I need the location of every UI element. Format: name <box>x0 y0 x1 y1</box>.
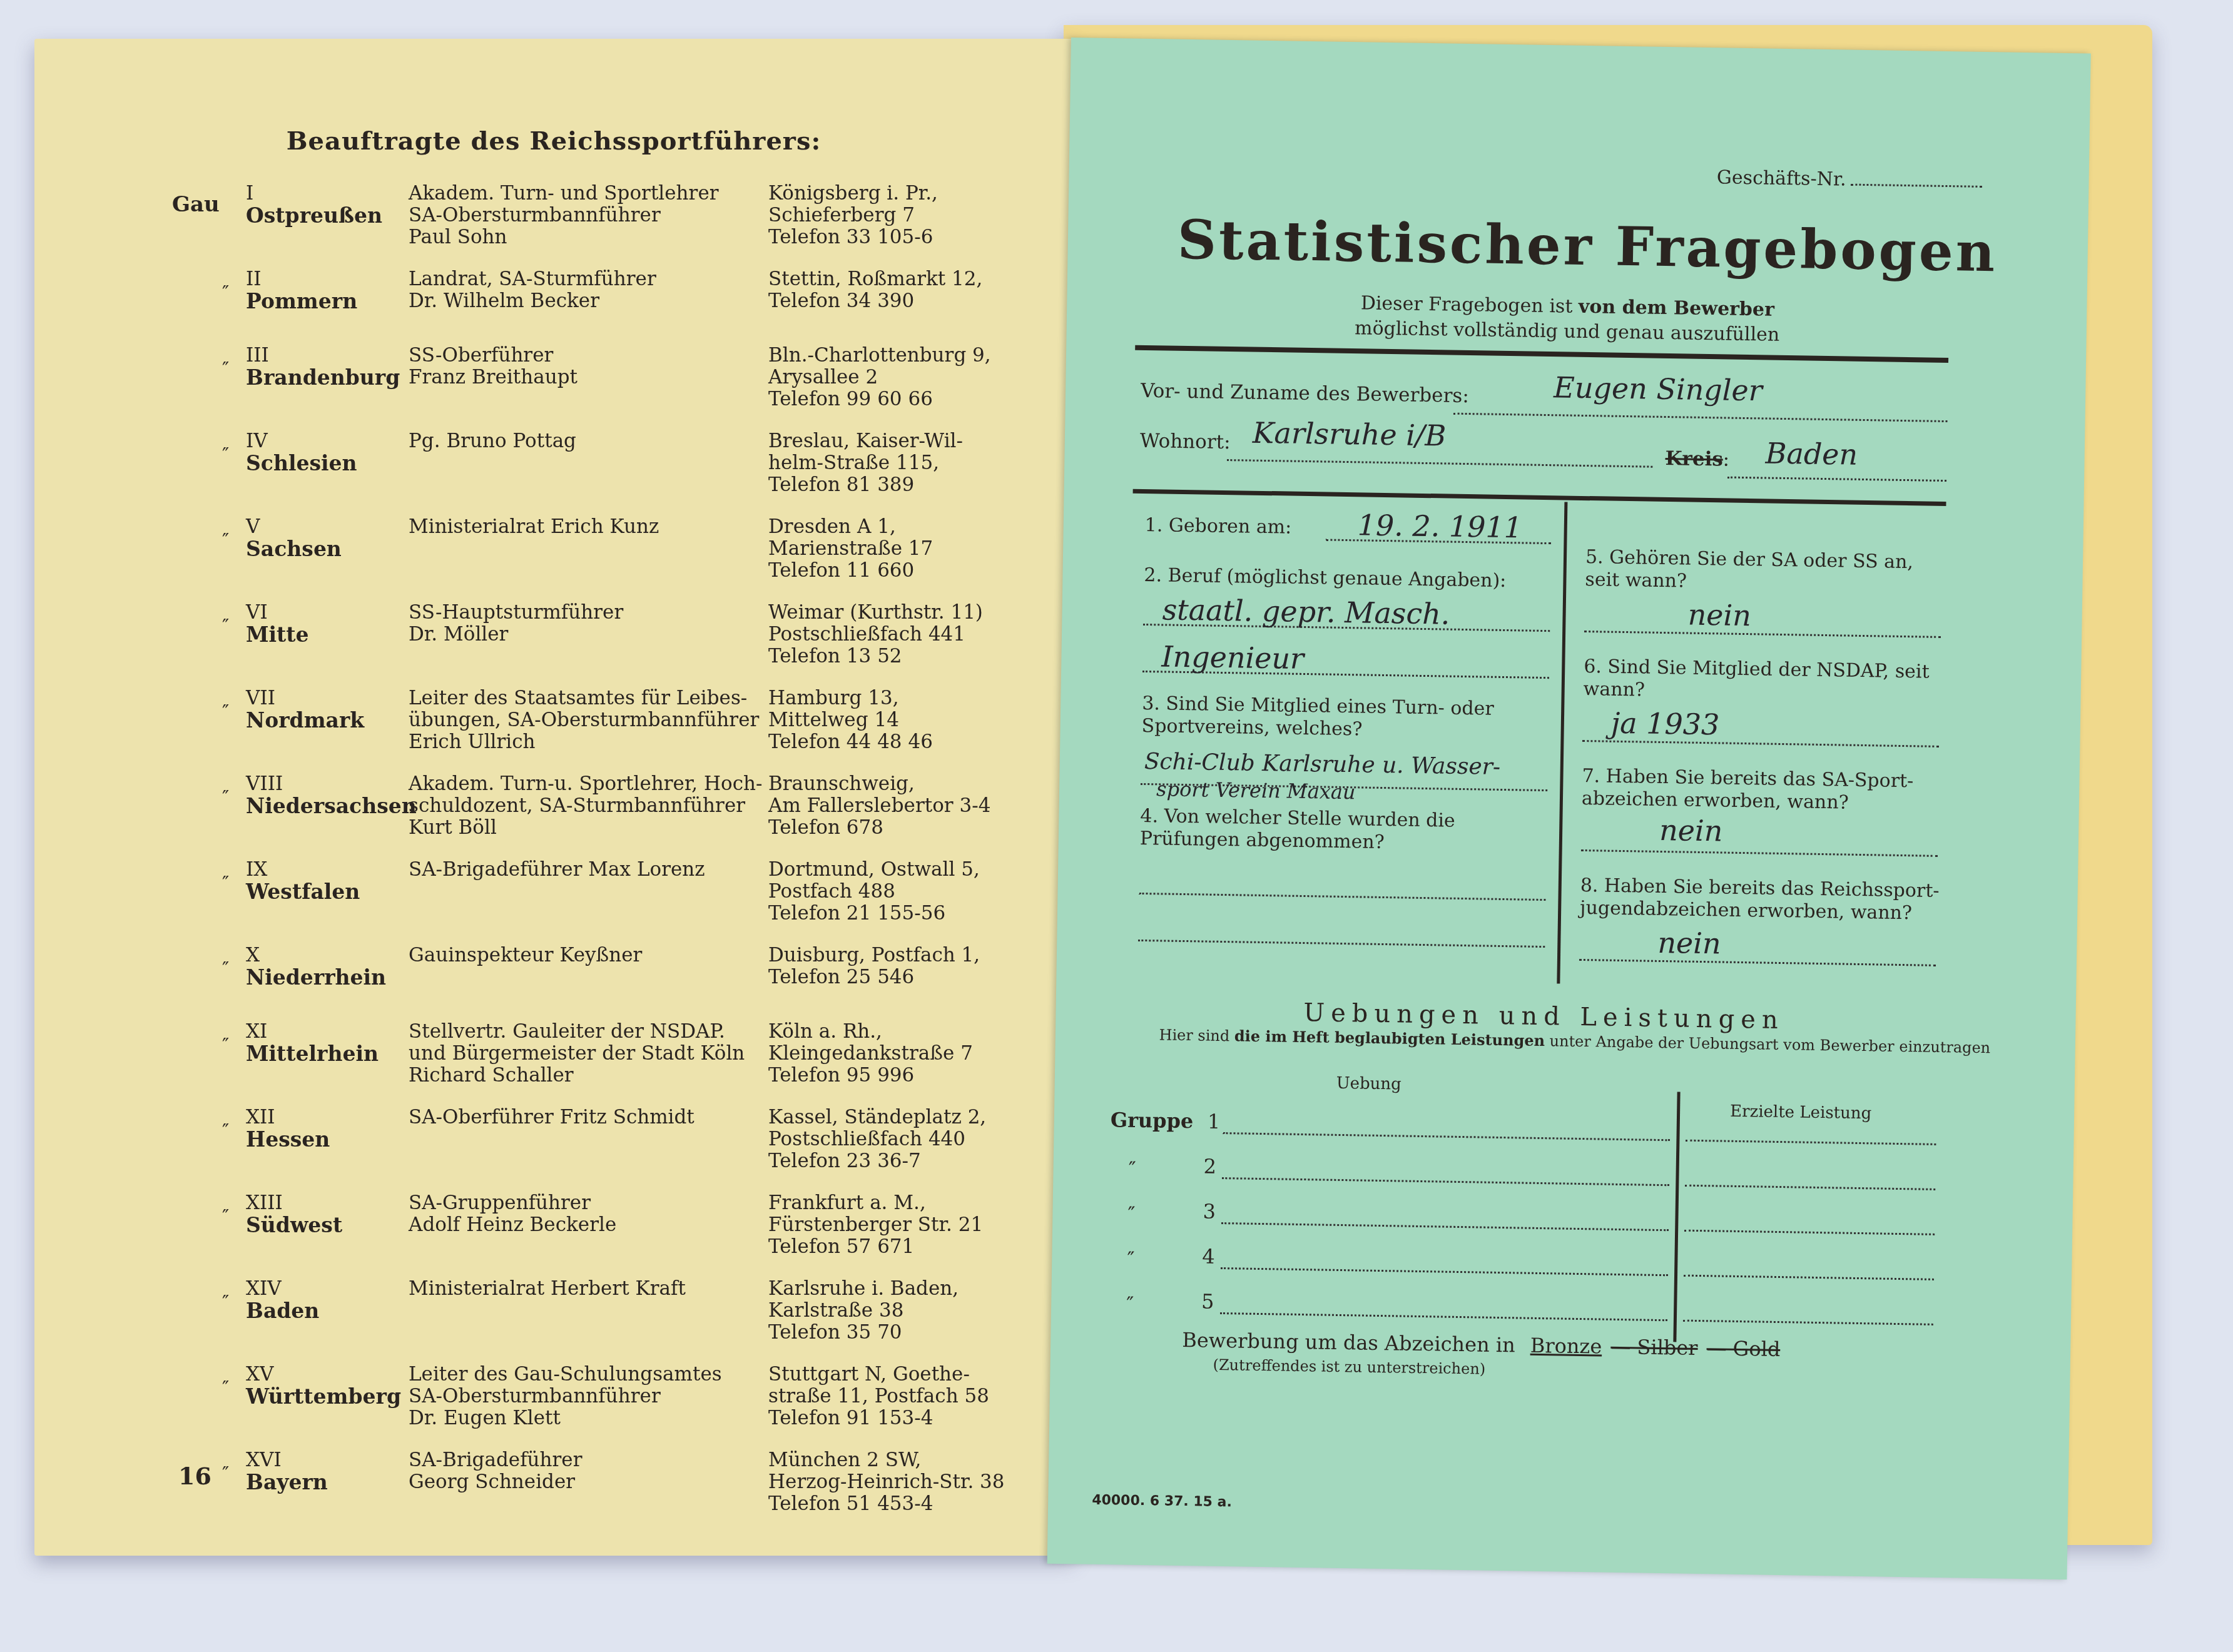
person-line: Ministerialrat Herbert Kraft <box>409 1278 768 1300</box>
gau-number: XV <box>246 1364 409 1386</box>
page-title: Beauftragte des Reichssportführers: <box>34 126 1073 156</box>
column-header-leistung: Erzielte Leistung <box>1730 1102 1872 1123</box>
list-item: ″VIMitteSS-HauptsturmführerDr. MöllerWei… <box>222 602 1098 667</box>
question-5-input[interactable] <box>1584 631 1941 638</box>
person-line: SA-Brigadeführer <box>409 1449 768 1471</box>
ditto-mark: ″ <box>1127 1202 1136 1226</box>
badge-option-1[interactable]: — Silber <box>1610 1335 1698 1360</box>
person-cell: SS-HauptsturmführerDr. Möller <box>409 602 768 667</box>
leistung-input[interactable] <box>1685 1185 1935 1190</box>
column-header-uebung: Uebung <box>1336 1074 1402 1094</box>
gau-number: XVI <box>246 1449 409 1471</box>
gau-cell: XIIISüdwest <box>246 1192 409 1258</box>
person-line: Stellvertr. Gauleiter der NSDAP. <box>409 1021 768 1043</box>
badge-note: (Zutreffendes ist zu unterstreichen) <box>1213 1356 1485 1378</box>
question-1-answer: 19. 2. 1911 <box>1357 508 1522 544</box>
list-item: ″XIIHessenSA-Oberführer Fritz SchmidtKas… <box>222 1107 1098 1172</box>
gruppe-number: 5 <box>1201 1290 1214 1314</box>
note-text: Hier sind <box>1159 1026 1234 1045</box>
gau-cell: VSachsen <box>246 516 409 582</box>
question-2-answer-2: Ingenieur <box>1161 639 1304 676</box>
uebung-input[interactable] <box>1220 1312 1667 1321</box>
address-line: Telefon 51 453-4 <box>768 1493 1019 1515</box>
gau-region: Niederrhein <box>246 966 409 988</box>
address-line: Telefon 34 390 <box>768 290 1019 312</box>
commissioner-list: ″IOstpreußenAkadem. Turn- und Sportlehre… <box>222 183 1098 1535</box>
gruppe-number: 1 <box>1208 1110 1221 1133</box>
address-line: Bln.-Charlottenburg 9, <box>768 345 1019 367</box>
divider <box>1133 489 1946 506</box>
gau-region: Brandenburg <box>246 367 409 388</box>
gau-number: XII <box>246 1107 409 1128</box>
person-line: Dr. Möller <box>409 624 768 646</box>
address-line: Karlsruhe i. Baden, <box>768 1278 1019 1300</box>
ditto-mark: ″ <box>222 773 246 839</box>
person-cell: Ministerialrat Erich Kunz <box>409 516 768 582</box>
person-cell: Gauinspekteur Keyßner <box>409 945 768 1001</box>
gau-region: Württemberg <box>246 1386 409 1407</box>
person-line: Dr. Eugen Klett <box>409 1407 768 1429</box>
kreis-input[interactable] <box>1727 477 1946 482</box>
gau-cell: XVWürttemberg <box>246 1364 409 1429</box>
question-5-answer: nein <box>1687 598 1751 633</box>
address-line: Telefon 95 996 <box>768 1065 1019 1087</box>
person-line: Paul Sohn <box>409 226 768 248</box>
person-cell: SA-Brigadeführer Max Lorenz <box>409 859 768 925</box>
person-line: Leiter des Staatsamtes für Leibes- <box>409 687 768 709</box>
address-line: Kleingedankstraße 7 <box>768 1043 1019 1065</box>
address-line: Postschließfach 441 <box>768 624 1019 646</box>
address-cell: Königsberg i. Pr.,Schieferberg 7Telefon … <box>768 183 1019 248</box>
person-cell: SS-OberführerFranz Breithaupt <box>409 345 768 410</box>
address-line: Dresden A 1, <box>768 516 1019 538</box>
address-line: Herzog-Heinrich-Str. 38 <box>768 1471 1019 1493</box>
person-line: SS-Oberführer <box>409 345 768 367</box>
person-line: Pg. Bruno Pottag <box>409 430 768 452</box>
question-6-answer: ja 1933 <box>1610 706 1719 742</box>
ditto-mark: ″ <box>222 345 246 410</box>
person-line: Franz Breithaupt <box>409 367 768 388</box>
question-5-label: 5. Gehören Sie der SA oder SS an, seit w… <box>1585 546 1948 597</box>
subtitle-line2: möglichst vollständig und genau auszufül… <box>1355 317 1780 346</box>
gau-number: VI <box>246 602 409 624</box>
ditto-mark: ″ <box>222 1192 246 1258</box>
address-line: Telefon 57 671 <box>768 1236 1019 1258</box>
address-cell: Karlsruhe i. Baden,Karlstraße 38Telefon … <box>768 1278 1019 1344</box>
person-line: Gauinspekteur Keyßner <box>409 945 768 966</box>
leistung-input[interactable] <box>1684 1275 1934 1280</box>
wohnort-label: Wohnort: <box>1140 430 1231 454</box>
gruppe-number: 3 <box>1203 1200 1216 1224</box>
list-item: ″XIIISüdwestSA-GruppenführerAdolf Heinz … <box>222 1192 1098 1258</box>
address-line: Königsberg i. Pr., <box>768 183 1019 205</box>
address-line: Telefon 33 105-6 <box>768 226 1019 248</box>
person-line: übungen, SA-Obersturmbannführer <box>409 709 768 731</box>
gau-number: I <box>246 183 409 205</box>
form-title: Statistischer Fragebogen <box>1177 208 1998 285</box>
question-8-input[interactable] <box>1579 959 1936 966</box>
subtitle-bold: von dem Bewerber <box>1579 296 1774 321</box>
address-line: Telefon 678 <box>768 817 1019 839</box>
person-line: SA-Gruppenführer <box>409 1192 768 1214</box>
ditto-mark: ″ <box>222 430 246 496</box>
ditto-mark: ″ <box>222 268 246 325</box>
address-cell: Frankfurt a. M.,Fürstenberger Str. 21Tel… <box>768 1192 1019 1258</box>
gau-number: IX <box>246 859 409 881</box>
gau-label: Gau <box>172 192 220 217</box>
address-line: Telefon 44 48 46 <box>768 731 1019 753</box>
question-3-answer-2: sport Verein Maxau <box>1156 777 1356 804</box>
person-cell: Stellvertr. Gauleiter der NSDAP.und Bürg… <box>409 1021 768 1087</box>
list-item: ″VIINordmarkLeiter des Staatsamtes für L… <box>222 687 1098 753</box>
list-item: ″IOstpreußenAkadem. Turn- und Sportlehre… <box>222 183 1098 248</box>
uebung-input[interactable] <box>1222 1177 1669 1186</box>
person-line: SA-Oberführer Fritz Schmidt <box>409 1107 768 1128</box>
address-cell: Stettin, Roßmarkt 12,Telefon 34 390 <box>768 268 1019 325</box>
question-7-label: 7. Haben Sie bereits das SA-Sport-abzeic… <box>1582 765 1945 816</box>
address-line: Arysallee 2 <box>768 367 1019 388</box>
table-column-divider <box>1673 1092 1680 1342</box>
address-line: Stettin, Roßmarkt 12, <box>768 268 1019 290</box>
gau-cell: VIMitte <box>246 602 409 667</box>
address-line: Kassel, Ständeplatz 2, <box>768 1107 1019 1128</box>
person-line: Georg Schneider <box>409 1471 768 1493</box>
address-line: Breslau, Kaiser-Wil- <box>768 430 1019 452</box>
column-divider <box>1557 502 1567 983</box>
person-line: Akadem. Turn-u. Sportlehrer, Hoch- <box>409 773 768 795</box>
list-item: ″XVIBayernSA-BrigadeführerGeorg Schneide… <box>222 1449 1098 1515</box>
address-cell: Dortmund, Ostwall 5,Postfach 488Telefon … <box>768 859 1019 925</box>
kreis-label: Kreis: <box>1665 447 1729 471</box>
question-6-input[interactable] <box>1582 740 1939 747</box>
address-line: Mittelweg 14 <box>768 709 1019 731</box>
person-cell: Akadem. Turn- und SportlehrerSA-Oberstur… <box>409 183 768 248</box>
person-line: und Bürgermeister der Stadt Köln <box>409 1043 768 1065</box>
leistung-input[interactable] <box>1683 1320 1933 1325</box>
address-cell: Breslau, Kaiser-Wil-helm-Straße 115,Tele… <box>768 430 1019 496</box>
gau-cell: XIIHessen <box>246 1107 409 1172</box>
question-8-label: 8. Haben Sie bereits das Reichssport-jug… <box>1580 874 1943 925</box>
badge-option-0[interactable]: Bronze <box>1530 1334 1602 1359</box>
badge-option-2[interactable]: — Gold <box>1706 1336 1780 1361</box>
gau-region: Hessen <box>246 1128 409 1150</box>
gau-number: XI <box>246 1021 409 1043</box>
person-line: SA-Brigadeführer Max Lorenz <box>409 859 768 881</box>
ditto-mark: ″ <box>222 859 246 925</box>
uebung-input[interactable] <box>1223 1132 1670 1141</box>
question-4-input-1[interactable] <box>1139 893 1545 901</box>
kreis-label-text: Kreis <box>1665 447 1723 470</box>
person-line: SS-Hauptsturmführer <box>409 602 768 624</box>
address-line: Postschließfach 440 <box>768 1128 1019 1150</box>
geschaefts-nr-field[interactable]: Geschäfts-Nr. <box>1717 166 1983 193</box>
gau-cell: XIVBaden <box>246 1278 409 1344</box>
gau-cell: VIINordmark <box>246 687 409 753</box>
gau-region: Südwest <box>246 1214 409 1236</box>
ditto-mark: ″ <box>222 687 246 753</box>
badge-selection: Bewerbung um das Abzeichen in Bronze— Si… <box>1182 1328 1781 1361</box>
gau-region: Ostpreußen <box>246 205 409 226</box>
question-7-answer: nein <box>1659 813 1723 848</box>
gau-cell: VIIINiedersachsen <box>246 773 409 839</box>
form-subtitle: Dieser Fragebogen ist von dem Bewerber m… <box>1316 290 1818 348</box>
gau-cell: IOstpreußen <box>246 183 409 248</box>
list-item: ″IIPommernLandrat, SA-SturmführerDr. Wil… <box>222 268 1098 325</box>
gau-region: Mittelrhein <box>246 1043 409 1065</box>
ditto-mark: ″ <box>222 1278 246 1344</box>
address-cell: München 2 SW,Herzog-Heinrich-Str. 38Tele… <box>768 1449 1019 1515</box>
person-cell: Landrat, SA-SturmführerDr. Wilhelm Becke… <box>409 268 768 325</box>
address-line: straße 11, Postfach 58 <box>768 1386 1019 1407</box>
person-line: schuldozent, SA-Sturmbannführer <box>409 795 768 817</box>
person-line: Kurt Böll <box>409 817 768 839</box>
gau-number: IV <box>246 430 409 452</box>
list-item: ″IVSchlesienPg. Bruno PottagBreslau, Kai… <box>222 430 1098 496</box>
list-item: ″XIMittelrheinStellvertr. Gauleiter der … <box>222 1021 1098 1087</box>
person-cell: Leiter des Gau-SchulungsamtesSA-Oberstur… <box>409 1364 768 1429</box>
gau-number: III <box>246 345 409 367</box>
list-item: ″IXWestfalenSA-Brigadeführer Max LorenzD… <box>222 859 1098 925</box>
address-cell: Kassel, Ständeplatz 2,Postschließfach 44… <box>768 1107 1019 1172</box>
gau-number: XIV <box>246 1278 409 1300</box>
gau-number: VIII <box>246 773 409 795</box>
person-cell: Akadem. Turn-u. Sportlehrer, Hoch-schuld… <box>409 773 768 839</box>
subtitle-text: Dieser Fragebogen ist <box>1361 292 1579 317</box>
gau-region: Sachsen <box>246 538 409 560</box>
question-4-input-2[interactable] <box>1138 940 1545 948</box>
address-cell: Braunschweig,Am Fallerslebertor 3-4Telef… <box>768 773 1019 839</box>
gau-region: Pommern <box>246 290 409 312</box>
wohnort-input[interactable] <box>1227 459 1652 468</box>
geschaefts-nr-input[interactable] <box>1851 184 1982 188</box>
address-line: Telefon 99 60 66 <box>768 388 1019 410</box>
person-cell: SA-GruppenführerAdolf Heinz Beckerle <box>409 1192 768 1258</box>
question-1-label: 1. Geboren am: <box>1144 514 1291 539</box>
gau-region: Schlesien <box>246 452 409 474</box>
person-line: Landrat, SA-Sturmführer <box>409 268 768 290</box>
ditto-mark: ″ <box>222 1021 246 1087</box>
person-cell: Leiter des Staatsamtes für Leibes-übunge… <box>409 687 768 753</box>
geschaefts-nr-label: Geschäfts-Nr. <box>1717 166 1846 190</box>
uebung-input[interactable] <box>1221 1222 1669 1231</box>
person-cell: SA-Oberführer Fritz Schmidt <box>409 1107 768 1172</box>
list-item: ″VIIINiedersachsenAkadem. Turn-u. Sportl… <box>222 773 1098 839</box>
gau-region: Nordmark <box>246 709 409 731</box>
person-line: Leiter des Gau-Schulungsamtes <box>409 1364 768 1386</box>
person-line: SA-Obersturmbannführer <box>409 205 768 226</box>
person-line: Ministerialrat Erich Kunz <box>409 516 768 538</box>
address-cell: Hamburg 13,Mittelweg 14Telefon 44 48 46 <box>768 687 1019 753</box>
person-cell: SA-BrigadeführerGeorg Schneider <box>409 1449 768 1515</box>
divider <box>1135 345 1948 363</box>
address-line: Telefon 21 155-56 <box>768 903 1019 925</box>
person-line: Akadem. Turn- und Sportlehrer <box>409 183 768 205</box>
person-line: SA-Obersturmbannführer <box>409 1386 768 1407</box>
person-cell: Pg. Bruno Pottag <box>409 430 768 496</box>
ditto-mark: ″ <box>222 1364 246 1429</box>
address-line: helm-Straße 115, <box>768 452 1019 474</box>
name-value: Eugen Singler <box>1554 370 1762 407</box>
ditto-mark: ″ <box>222 516 246 582</box>
questionnaire-form: Geschäfts-Nr. Statistischer Fragebogen D… <box>1047 38 2091 1579</box>
address-cell: Stuttgart N, Goethe-straße 11, Postfach … <box>768 1364 1019 1429</box>
question-2-label: 2. Beruf (möglichst genaue Angaben): <box>1144 564 1557 593</box>
booklet-left-page: Beauftragte des Reichssportführers: Gau … <box>34 39 1073 1556</box>
name-label: Vor- und Zuname des Bewerbers: <box>1141 380 1469 407</box>
address-line: Karlstraße 38 <box>768 1300 1019 1322</box>
gruppe-number: 2 <box>1203 1155 1216 1178</box>
list-item: ″XVWürttembergLeiter des Gau-Schulungsam… <box>222 1364 1098 1429</box>
ditto-mark: ″ <box>1128 1157 1136 1181</box>
gau-cell: IVSchlesien <box>246 430 409 496</box>
address-line: Telefon 23 36-7 <box>768 1150 1019 1172</box>
person-line: Dr. Wilhelm Becker <box>409 290 768 312</box>
note-text-post: unter Angabe der Uebungsart vom Bewerber… <box>1545 1032 1991 1057</box>
leistung-input[interactable] <box>1686 1140 1936 1145</box>
gau-cell: IIIBrandenburg <box>246 345 409 410</box>
gau-number: II <box>246 268 409 290</box>
question-4-label: 4. Von welcher Stelle wurden die Prüfung… <box>1140 805 1554 856</box>
gau-cell: XVIBayern <box>246 1449 409 1515</box>
gau-number: X <box>246 945 409 966</box>
question-7-input[interactable] <box>1581 849 1938 857</box>
list-item: ″VSachsenMinisterialrat Erich KunzDresde… <box>222 516 1098 582</box>
address-line: Telefon 91 153-4 <box>768 1407 1019 1429</box>
address-line: München 2 SW, <box>768 1449 1019 1471</box>
question-3-answer-1: Schi-Club Karlsruhe u. Wasser- <box>1144 749 1501 780</box>
list-item: ″IIIBrandenburgSS-OberführerFranz Breith… <box>222 345 1098 410</box>
address-cell: Dresden A 1,Marienstraße 17Telefon 11 66… <box>768 516 1019 582</box>
ditto-mark: ″ <box>222 1107 246 1172</box>
question-6-label: 6. Sind Sie Mitglied der NSDAP, seit wan… <box>1583 656 1946 706</box>
address-line: Postfach 488 <box>768 881 1019 903</box>
question-2-answer-1: staatl. gepr. Masch. <box>1162 592 1450 631</box>
address-line: Frankfurt a. M., <box>768 1192 1019 1214</box>
address-line: Telefon 13 52 <box>768 646 1019 667</box>
gau-region: Bayern <box>246 1471 409 1493</box>
address-line: Telefon 25 546 <box>768 966 1019 988</box>
address-line: Weimar (Kurthstr. 11) <box>768 602 1019 624</box>
ditto-mark: ″ <box>222 1449 246 1515</box>
address-line: Marienstraße 17 <box>768 538 1019 560</box>
address-line: Telefon 81 389 <box>768 474 1019 496</box>
address-line: Köln a. Rh., <box>768 1021 1019 1043</box>
address-line: Telefon 35 70 <box>768 1322 1019 1344</box>
address-cell: Duisburg, Postfach 1,Telefon 25 546 <box>768 945 1019 1001</box>
gau-cell: IIPommern <box>246 268 409 325</box>
address-cell: Köln a. Rh.,Kleingedankstraße 7Telefon 9… <box>768 1021 1019 1087</box>
address-cell: Weimar (Kurthstr. 11)Postschließfach 441… <box>768 602 1019 667</box>
address-line: Telefon 11 660 <box>768 560 1019 582</box>
person-cell: Ministerialrat Herbert Kraft <box>409 1278 768 1344</box>
leistung-input[interactable] <box>1684 1230 1935 1235</box>
list-item: ″XNiederrheinGauinspekteur KeyßnerDuisbu… <box>222 945 1098 1001</box>
gau-number: VII <box>246 687 409 709</box>
person-line: Richard Schaller <box>409 1065 768 1087</box>
gau-number: XIII <box>246 1192 409 1214</box>
ditto-mark: ″ <box>1127 1247 1135 1271</box>
gau-cell: XNiederrhein <box>246 945 409 1001</box>
page-number: 16 <box>178 1462 211 1490</box>
gruppe-label: Gruppe <box>1111 1108 1194 1133</box>
ditto-mark: ″ <box>222 602 246 667</box>
gau-region: Baden <box>246 1300 409 1322</box>
address-line: Schieferberg 7 <box>768 205 1019 226</box>
gau-region: Mitte <box>246 624 409 646</box>
gau-number: V <box>246 516 409 538</box>
gau-region: Westfalen <box>246 881 409 903</box>
name-input[interactable] <box>1453 413 1948 422</box>
gruppe-number: 4 <box>1202 1245 1215 1269</box>
address-line: Hamburg 13, <box>768 687 1019 709</box>
badge-label: Bewerbung um das Abzeichen in <box>1182 1328 1515 1357</box>
ditto-mark: ″ <box>1126 1292 1134 1316</box>
address-line: Am Fallerslebertor 3-4 <box>768 795 1019 817</box>
question-8-answer: nein <box>1657 926 1721 961</box>
kreis-value: Baden <box>1765 437 1858 472</box>
address-line: Duisburg, Postfach 1, <box>768 945 1019 966</box>
list-item: ″XIVBadenMinisterialrat Herbert KraftKar… <box>222 1278 1098 1344</box>
address-line: Braunschweig, <box>768 773 1019 795</box>
wohnort-value: Karlsruhe i/B <box>1253 416 1447 453</box>
address-cell: Bln.-Charlottenburg 9,Arysallee 2Telefon… <box>768 345 1019 410</box>
address-line: Stuttgart N, Goethe- <box>768 1364 1019 1386</box>
person-line: Erich Ullrich <box>409 731 768 753</box>
person-line: Adolf Heinz Beckerle <box>409 1214 768 1236</box>
gau-cell: XIMittelrhein <box>246 1021 409 1087</box>
ditto-mark: ″ <box>222 945 246 1001</box>
print-code: 40000. 6 37. 15 a. <box>1092 1492 1232 1511</box>
question-3-label: 3. Sind Sie Mitglied eines Turn- oder Sp… <box>1141 692 1555 744</box>
gau-region: Niedersachsen <box>246 795 409 817</box>
address-line: Dortmund, Ostwall 5, <box>768 859 1019 881</box>
address-line: Fürstenberger Str. 21 <box>768 1214 1019 1236</box>
uebung-input[interactable] <box>1221 1267 1668 1276</box>
gau-cell: IXWestfalen <box>246 859 409 925</box>
